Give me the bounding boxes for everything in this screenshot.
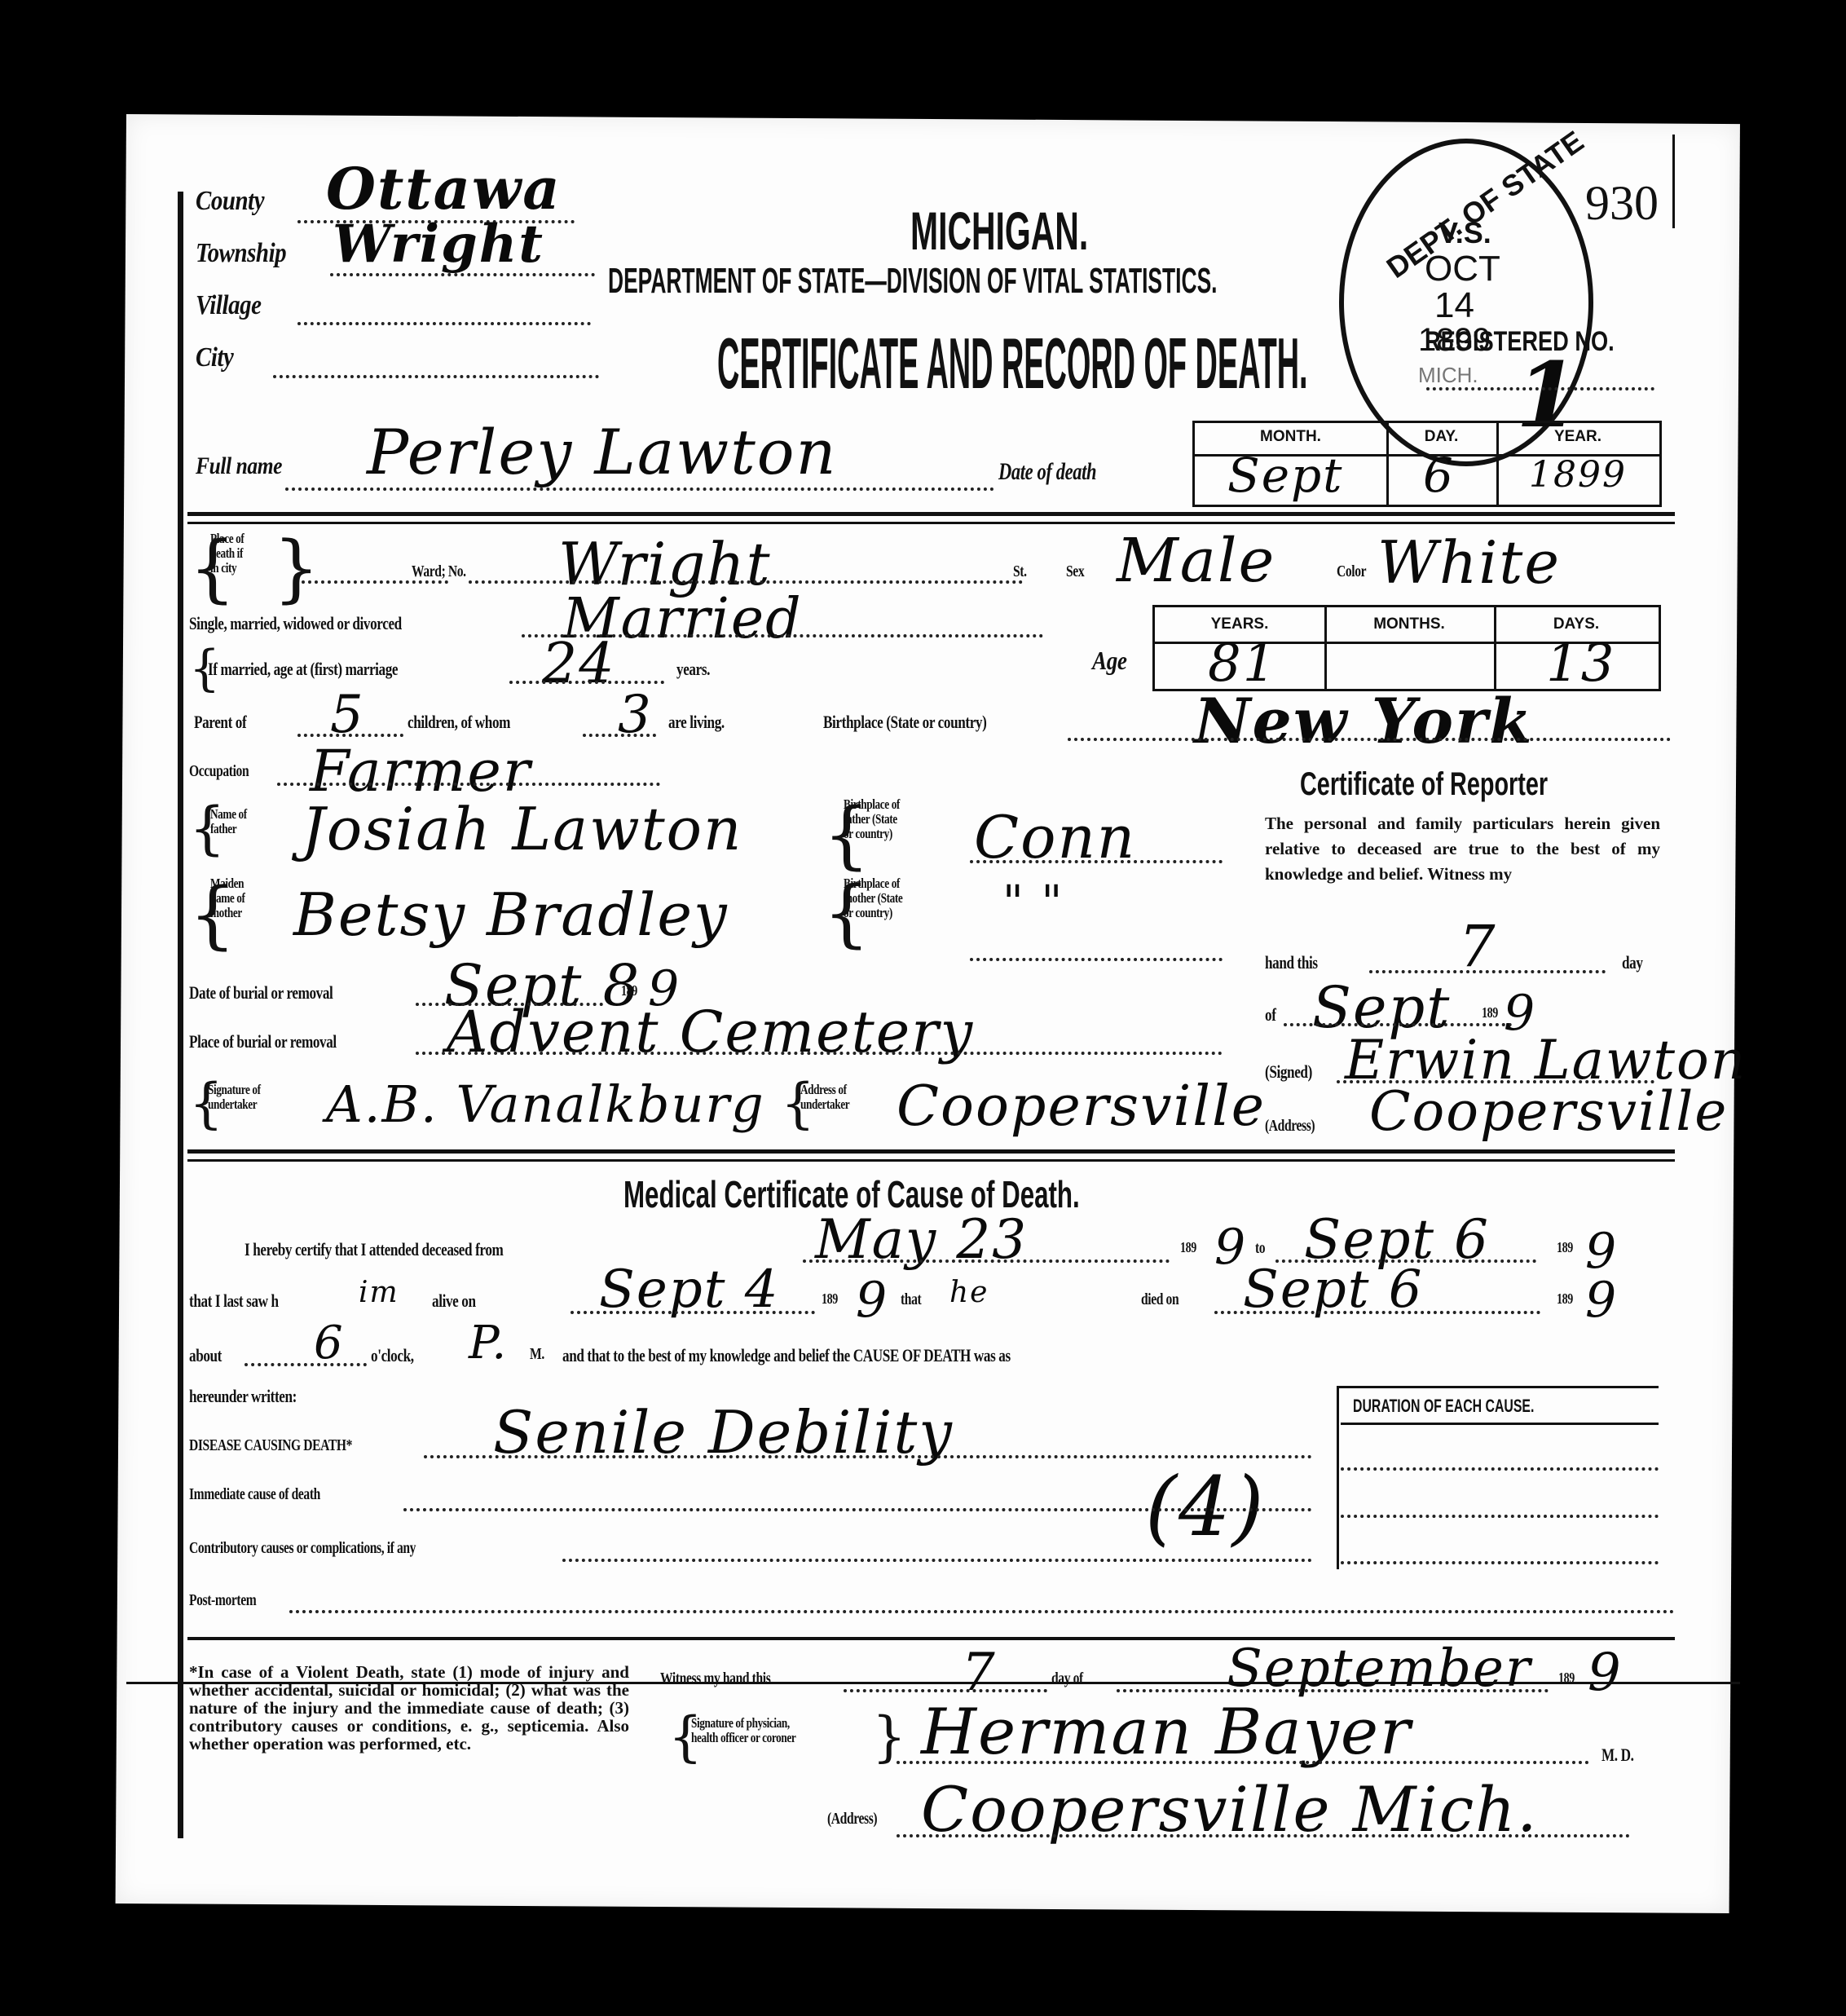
disease-label: DISEASE CAUSING DEATH* (189, 1436, 352, 1455)
section-divider-1 (187, 512, 1675, 516)
death-month-value: Sept (1227, 448, 1344, 503)
duration-box-top (1337, 1386, 1659, 1388)
physician-witness-label: Witness my hand this (660, 1670, 770, 1688)
date-of-death-table: MONTH. DAY. YEAR. Sept 6 1899 (1192, 421, 1662, 507)
postmortem-label: Post-mortem (189, 1591, 256, 1610)
disease-code: (4) (1145, 1459, 1266, 1555)
children-count-dots (297, 734, 403, 737)
section-divider-2b (187, 1159, 1675, 1162)
village-label: Village (196, 290, 262, 321)
last-saw-dots (571, 1311, 815, 1314)
year-header: YEAR. (1496, 428, 1659, 446)
mother-birthplace-dots (970, 958, 1223, 961)
attended-to-year-prefix: 189 (1557, 1239, 1573, 1256)
registered-no-dots (1426, 387, 1654, 390)
meridiem-value: P. (469, 1317, 508, 1370)
burial-place-dots (416, 1052, 1223, 1055)
last-saw-text-b: alive on (432, 1290, 476, 1312)
color-label: Color (1337, 562, 1366, 581)
duration-dots-3 (1341, 1561, 1659, 1564)
age-table: YEARS. MONTHS. DAYS. 81 13 (1152, 605, 1661, 691)
belief-text: and that to the best of my knowledge and… (562, 1345, 1011, 1366)
attended-from-year-prefix: 189 (1180, 1239, 1196, 1256)
duration-rule-1 (1341, 1423, 1659, 1425)
reporter-of-label: of (1265, 1004, 1276, 1026)
birthplace-label: Birthplace (State or country) (823, 712, 986, 733)
father-birthplace-dots (970, 860, 1223, 863)
undertaker-address-label: Address of undertaker (800, 1083, 849, 1112)
birthplace-dots (1068, 738, 1671, 741)
postmortem-dots (289, 1610, 1675, 1613)
color-value: White (1377, 528, 1561, 597)
physician-witness-day: 7 (962, 1643, 997, 1703)
full-name-value: Perley Lawton (367, 416, 837, 488)
physician-dots (897, 1761, 1589, 1764)
months-header: MONTHS. (1324, 615, 1494, 633)
reporter-title: Certificate of Reporter (1300, 766, 1548, 803)
reporter-address-label: (Address) (1265, 1117, 1315, 1136)
children-living-dots (583, 734, 656, 737)
disease-dots (424, 1455, 1312, 1458)
reporter-address: Coopersville (1369, 1080, 1728, 1143)
violent-death-footnote: *In case of a Violent Death, state (1) m… (189, 1663, 629, 1753)
mother-value: Betsy Bradley (293, 880, 729, 949)
city-dots (273, 375, 599, 378)
died-pronoun: he (949, 1276, 989, 1309)
left-margin-rule (178, 192, 183, 1838)
last-saw-year-prefix: 189 (822, 1290, 838, 1308)
township-dots (330, 273, 595, 276)
section-divider-1b (187, 522, 1675, 524)
death-day-value: 6 (1423, 448, 1455, 503)
mother-birthplace-value: " " (1002, 876, 1064, 929)
died-on-year-prefix: 189 (1557, 1290, 1573, 1308)
section-divider-2 (187, 1149, 1675, 1154)
immediate-cause-dots (403, 1508, 1312, 1511)
month-header: MONTH. (1195, 428, 1386, 446)
md-label: M. D. (1601, 1745, 1634, 1766)
death-year-value: 1899 (1529, 454, 1627, 496)
died-on-label: died on (1141, 1290, 1179, 1309)
hour-dots (245, 1363, 367, 1366)
reporter-month-dots (1284, 1023, 1512, 1026)
last-saw-pronoun: im (359, 1276, 399, 1309)
burial-date-label: Date of burial or removal (189, 982, 333, 1004)
parent-of-label: Parent of (194, 712, 246, 733)
village-dots (297, 322, 591, 325)
certify-text: I hereby certify that I attended decease… (245, 1239, 503, 1260)
registered-number: 930 (1585, 175, 1659, 232)
birthplace-value: New York (1194, 685, 1534, 757)
age-days-value: 13 (1546, 633, 1615, 694)
burial-place-label: Place of burial or removal (189, 1031, 337, 1052)
are-living-label: are living. (668, 712, 725, 733)
place-of-death-brace-close: } (273, 526, 319, 611)
certificate-title: CERTIFICATE AND RECORD OF DEATH. (717, 322, 1308, 405)
immediate-cause-label: Immediate cause of death (189, 1485, 320, 1504)
county-value: Ottawa (326, 155, 562, 223)
marital-status-label: Single, married, widowed or divorced (189, 613, 402, 634)
father-label: Name of father (210, 807, 247, 836)
age-at-marriage-label: If married, age at (first) marriage (208, 659, 398, 680)
oclock-label: o'clock, (371, 1345, 414, 1366)
years-suffix: years. (676, 659, 710, 680)
hereunder-text: hereunder written: (189, 1386, 297, 1407)
stamp-day: 14 (1434, 285, 1474, 326)
township-value: Wright (333, 214, 544, 275)
place-of-death-label: Place of death if in city (210, 532, 244, 576)
stamp-month: OCT (1425, 249, 1500, 289)
physician-address-dots (897, 1834, 1630, 1837)
hand-this-label: hand this (1265, 952, 1318, 973)
duration-dots-1 (1341, 1467, 1659, 1471)
last-saw-text-a: that I last saw h (189, 1290, 279, 1312)
father-value: Josiah Lawton (302, 795, 742, 863)
contributory-label: Contributory causes or complications, if… (189, 1539, 416, 1558)
last-saw-year-suffix: 9 (856, 1272, 888, 1329)
age-at-marriage-dots (509, 681, 664, 684)
date-of-death-label: Date of death (998, 458, 1096, 486)
witness-month-dots (1117, 1689, 1549, 1692)
physician-brace-close: } (872, 1705, 906, 1768)
sex-label: Sex (1066, 562, 1084, 581)
burial-place-value: Advent Cemetery (447, 999, 974, 1065)
stamp-bottom: MICH. (1418, 363, 1478, 388)
duration-box-left (1337, 1386, 1339, 1569)
city-label: City (196, 342, 233, 373)
attended-from-dots (803, 1259, 1170, 1263)
stamp-vs: V.S. (1438, 216, 1491, 250)
witness-day-dots (844, 1689, 1047, 1692)
contributory-dots (562, 1559, 1312, 1562)
duration-header: DURATION OF EACH CAUSE. (1353, 1396, 1534, 1417)
witness-year-prefix: 189 (1558, 1670, 1575, 1687)
hand-this-dots (1369, 970, 1606, 973)
years-header: YEARS. (1155, 615, 1324, 633)
day-of-label: day of (1051, 1670, 1083, 1688)
mother-birthplace-label: Birthplace of mother (State or country) (844, 876, 902, 920)
full-name-label: Full name (196, 452, 282, 480)
physician-address-label: (Address) (827, 1810, 877, 1829)
undertaker-address: Coopersville (897, 1074, 1266, 1139)
ward-dots (469, 580, 1023, 584)
full-name-dots (285, 487, 994, 491)
duration-dots-2 (1341, 1515, 1659, 1518)
occupation-dots (277, 783, 660, 786)
to-label: to (1255, 1239, 1265, 1258)
department-heading: DEPARTMENT OF STATE—DIVISION OF VITAL ST… (608, 261, 1218, 302)
physician-label: Signature of physician, health officer o… (691, 1716, 795, 1745)
registered-box-edge (1672, 135, 1675, 228)
occupation-label: Occupation (189, 762, 249, 781)
signed-label: (Signed) (1265, 1061, 1312, 1083)
father-birthplace-label: Birthplace of father (State or country) (844, 797, 900, 841)
m-label: M. (530, 1345, 544, 1364)
days-header: DAYS. (1494, 615, 1659, 633)
died-on-dots (1214, 1311, 1540, 1314)
that-label: that (901, 1290, 921, 1309)
day-header: DAY. (1386, 428, 1496, 446)
mother-label: Maiden name of mother (210, 876, 245, 920)
reporter-body: The personal and family particulars here… (1265, 811, 1660, 887)
children-of-whom-label: children, of whom (408, 712, 510, 733)
hour-value: 6 (314, 1317, 345, 1370)
undertaker-signature: A.B. Vanalkburg (326, 1074, 765, 1134)
state-heading: MICHIGAN. (910, 200, 1088, 262)
ward-label: Ward; No. (412, 562, 466, 581)
street-label: St. (1013, 562, 1027, 581)
age-label: Age (1092, 646, 1127, 676)
county-label: County (196, 186, 264, 217)
township-label: Township (196, 238, 286, 269)
reporter-year-prefix: 189 (1482, 1004, 1498, 1021)
physician-signature: Herman Bayer (921, 1696, 1412, 1769)
undertaker-label: Signature of undertaker (208, 1083, 261, 1112)
burial-year-prefix: 189 (621, 982, 637, 999)
witness-year-suffix: 9 (1588, 1643, 1623, 1703)
died-on-year-suffix: 9 (1585, 1272, 1618, 1329)
about-label: about (189, 1345, 222, 1366)
sex-value: Male (1117, 526, 1275, 596)
age-at-marriage-value: 24 (542, 632, 616, 696)
day-label: day (1622, 952, 1643, 973)
